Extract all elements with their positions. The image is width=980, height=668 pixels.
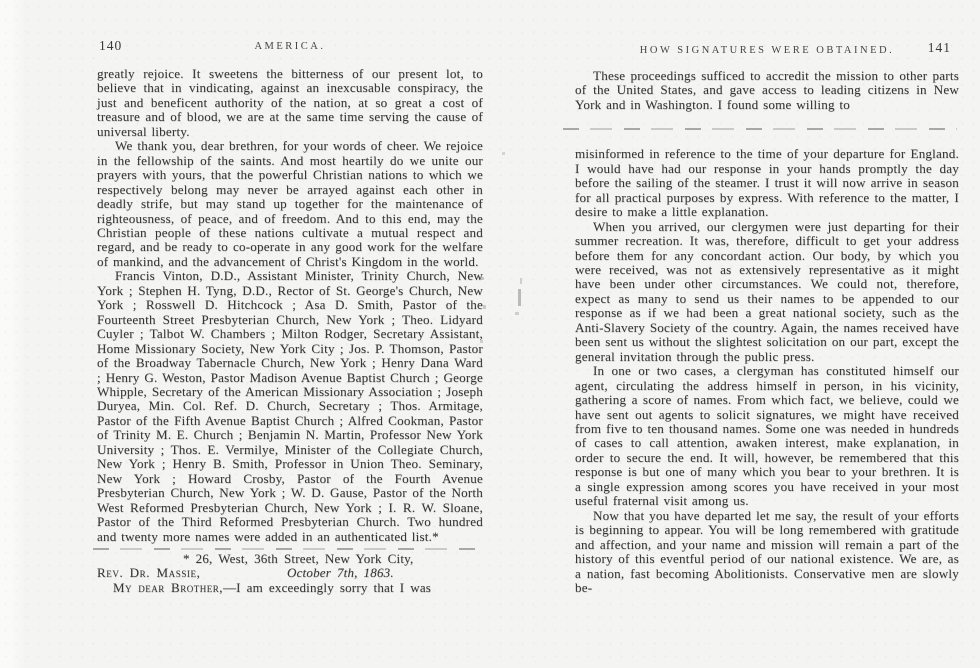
scan-artifact (502, 152, 505, 155)
footnote-letter-heading: * 26, West, 36th Street, New York City, … (97, 552, 483, 595)
letter-sender-date-line: Rev. Dr. Massie, October 7th, 1863. (97, 566, 483, 580)
book-page-right: HOW SIGNATURES WERE OBTAINED. 141 These … (575, 42, 959, 595)
scan-artifact (520, 278, 522, 284)
paragraph: When you arrived, our clergymen were jus… (575, 220, 959, 365)
running-header-right: HOW SIGNATURES WERE OBTAINED. 141 (575, 42, 959, 60)
letter-opening-text: —I am exceedingly sorry that I was (223, 580, 431, 595)
paragraph: In one or two cases, a clergyman has con… (575, 364, 959, 509)
paragraph: greatly rejoice. It sweetens the bittern… (97, 67, 483, 139)
page-number-right: 141 (928, 40, 951, 56)
scan-artifact (480, 340, 483, 343)
running-header-title-left: AMERICA. (97, 41, 483, 52)
page-right-body: These proceedings sufficed to accredit t… (575, 69, 959, 595)
letter-sender: Rev. Dr. Massie, (97, 566, 200, 580)
page-left-body: greatly rejoice. It sweetens the bittern… (97, 67, 483, 544)
paragraph: misinformed in reference to the time of … (575, 147, 959, 219)
paragraph: We thank you, dear brethren, for your wo… (97, 139, 483, 269)
running-header-title-right: HOW SIGNATURES WERE OBTAINED. (575, 45, 959, 56)
section-divider-rule (563, 128, 957, 130)
scan-artifact (483, 305, 486, 309)
letter-date: October 7th, 1863. (287, 566, 394, 580)
book-page-left: 140 AMERICA. greatly rejoice. It sweeten… (97, 38, 483, 595)
letter-opening-line: My dear Brother,—I am exceedingly sorry … (97, 581, 483, 595)
scanned-book-spread: { "page_left": { "page_number": "140", "… (0, 0, 980, 668)
scan-artifact (518, 289, 521, 306)
paragraph: Now that you have departed let me say, t… (575, 509, 959, 596)
letter-salutation: My dear Brother, (113, 580, 223, 595)
paragraph: These proceedings sufficed to accredit t… (575, 69, 959, 112)
scan-artifact (515, 312, 519, 315)
footnote-rule (93, 548, 483, 550)
footnote-address: * 26, West, 36th Street, New York City, (183, 552, 483, 566)
scan-artifact (481, 277, 484, 280)
paragraph: Francis Vinton, D.D., Assistant Minister… (97, 269, 483, 544)
running-header-left: 140 AMERICA. (97, 38, 483, 56)
